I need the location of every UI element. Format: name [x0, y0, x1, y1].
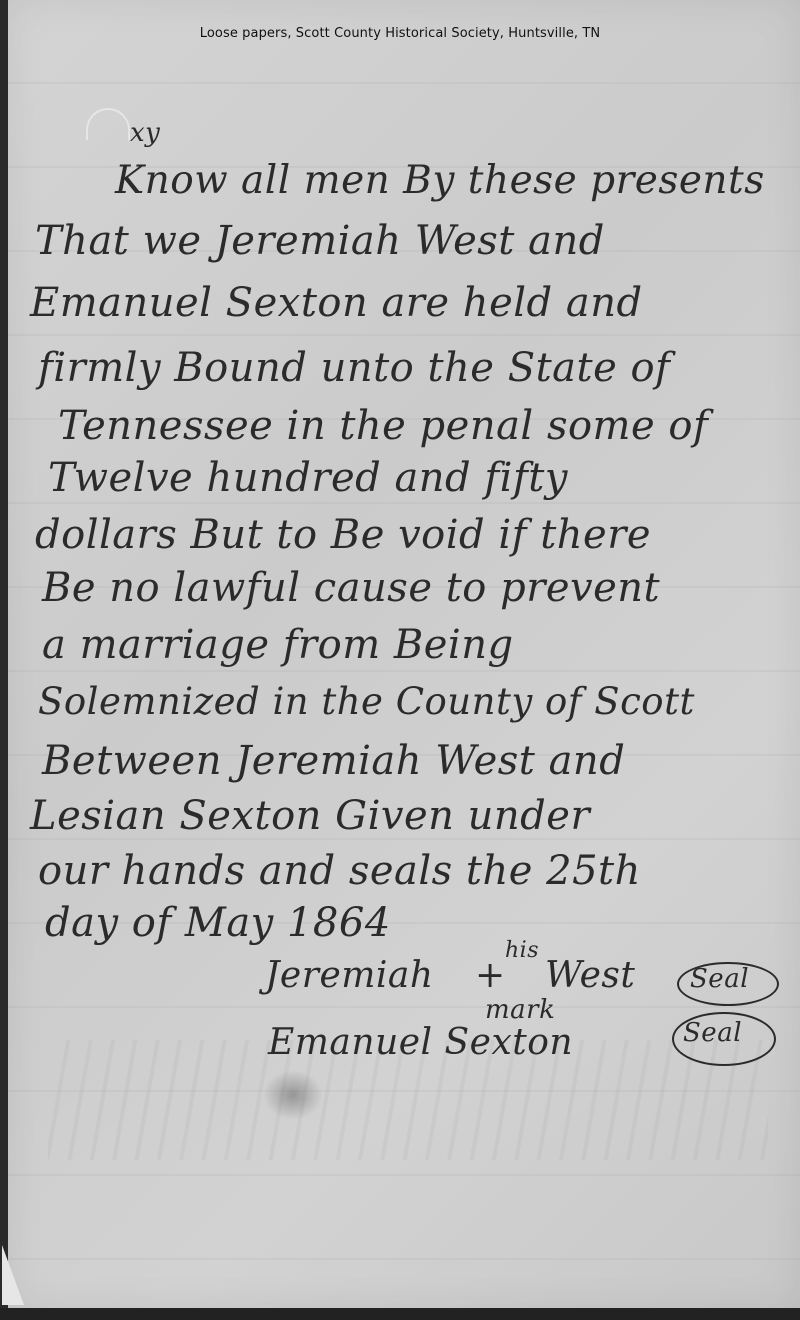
mark-label-his: his — [505, 938, 539, 963]
handwritten-line-8: Be no lawful cause to prevent — [42, 565, 660, 611]
seal-label-1: Seal — [690, 964, 749, 994]
handwritten-line-1: Know all men By these presents — [115, 158, 765, 203]
handwritten-line-14: day of May 1864 — [45, 900, 391, 946]
mark-cross: + — [475, 955, 506, 996]
handwritten-line-2: That we Jeremiah West and — [35, 218, 605, 264]
handwritten-line-10: Solemnized in the County of Scott — [38, 680, 695, 723]
handwritten-line-4: firmly Bound unto the State of — [38, 345, 670, 391]
handwritten-line-13: our hands and seals the 25th — [38, 848, 641, 894]
handwritten-line-9: a marriage from Being — [42, 622, 514, 668]
scan-left-border — [0, 0, 8, 1320]
signature-jeremiah-first-name: Jeremiah — [265, 955, 434, 996]
ink-stain — [263, 1070, 323, 1120]
handwritten-line-11: Between Jeremiah West and — [42, 738, 625, 784]
handwritten-line-7: dollars But to Be void if there — [35, 512, 651, 558]
folded-corner — [2, 1245, 24, 1305]
handwritten-line-3: Emanuel Sexton are held and — [30, 280, 643, 326]
embossed-seal-mark — [86, 108, 130, 140]
signature-jeremiah-surname: West — [545, 955, 635, 996]
signature-emanuel-sexton: Emanuel Sexton — [268, 1022, 573, 1063]
scan-bottom-border — [0, 1308, 800, 1320]
handwritten-line-5: Tennessee in the penal some of — [58, 403, 708, 449]
handwritten-line-6: Twelve hundred and fifty — [48, 455, 568, 501]
seal-label-2: Seal — [683, 1018, 742, 1048]
margin-annotation: xy — [130, 118, 160, 148]
mark-label-mark: mark — [485, 995, 555, 1025]
archive-caption: Loose papers, Scott County Historical So… — [0, 26, 800, 41]
handwritten-line-12: Lesian Sexton Given under — [30, 793, 590, 839]
